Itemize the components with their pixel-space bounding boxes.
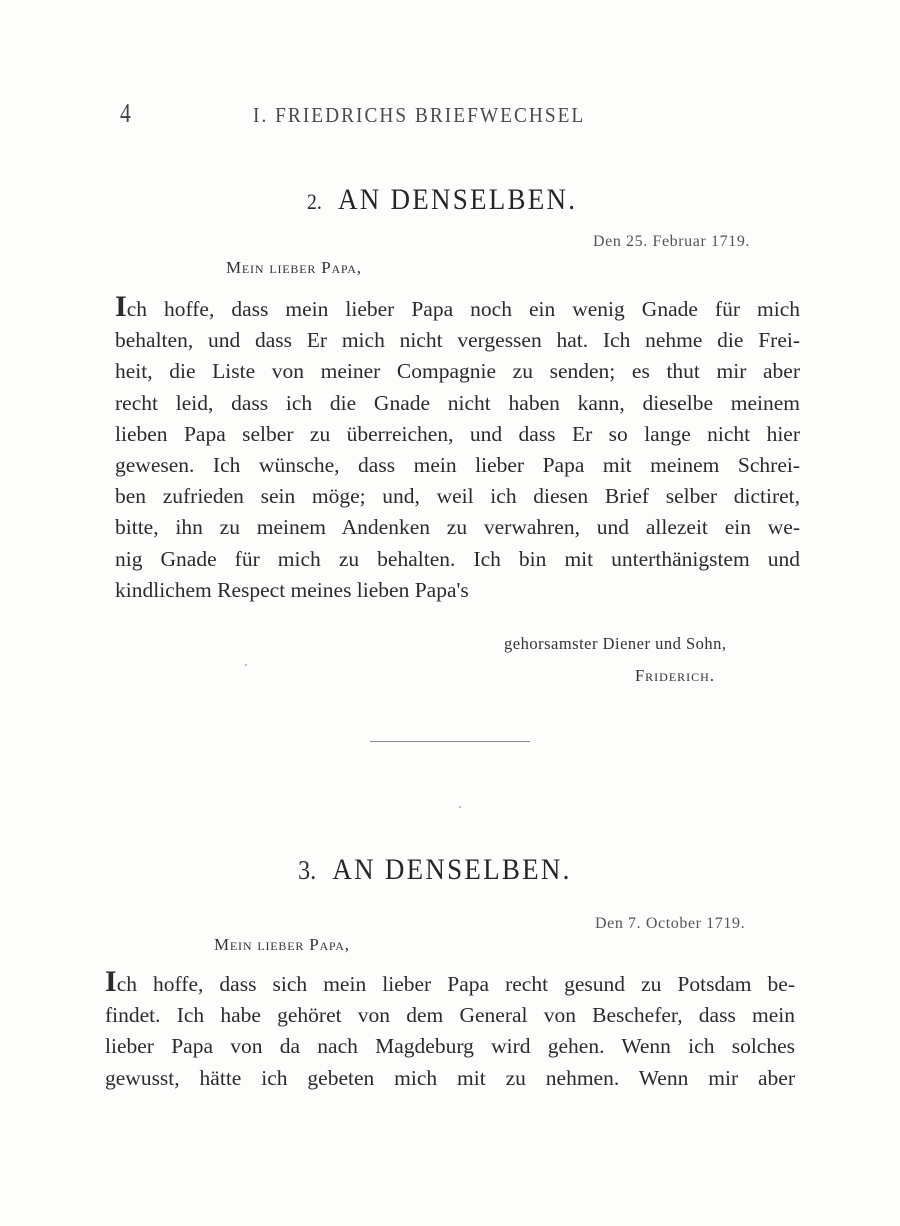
letter-number: 2. [307,189,322,214]
signature: Friderich. [635,666,715,686]
letter-title: AN DENSELBEN. [332,853,571,886]
letter-date: Den 7. October 1719. [595,915,745,933]
letter-2-heading: 2.AN DENSELBEN. [307,183,577,217]
letter-body: Ich hoffe, dass sich mein lieber Papa re… [105,969,795,1094]
body-line: behalten, und dass Er mich nicht vergess… [115,325,800,356]
body-line: gewesen. Ich wünsche, dass mein lieber P… [115,450,800,481]
letter-number: 3. [298,855,316,885]
drop-cap: I [115,290,127,323]
body-line: bitte, ihn zu meinem Andenken zu verwahr… [115,512,800,543]
body-line: nig Gnade für mich zu behalten. Ich bin … [115,544,800,575]
salutation: Mein lieber Papa, [226,258,362,278]
drop-cap: I [105,965,117,998]
letter-3-heading: 3.AN DENSELBEN. [298,853,572,887]
body-line: kindlichem Respect meines lieben Papa's [115,575,800,606]
print-speck [459,806,461,808]
letter-title: AN DENSELBEN. [338,183,577,216]
body-line: lieben Papa selber zu überreichen, und d… [115,419,800,450]
body-line: gewusst, hätte ich gebeten mich mit zu n… [105,1063,795,1094]
running-head: I. FRIEDRICHS BRIEFWECHSEL [253,103,585,128]
letter-date: Den 25. Februar 1719. [593,233,750,251]
closing-formula: gehorsamster Diener und Sohn, [504,634,727,654]
page-number: 4 [120,98,131,129]
letter-body: Ich hoffe, dass mein lieber Papa noch ei… [115,294,800,606]
body-line: Ich hoffe, dass sich mein lieber Papa re… [105,969,795,1000]
body-line: ben zufrieden sein möge; und, weil ich d… [115,481,800,512]
body-line: Ich hoffe, dass mein lieber Papa noch ei… [115,294,800,325]
print-speck [245,664,247,666]
section-divider [370,741,530,742]
body-line: heit, die Liste von meiner Compagnie zu … [115,356,800,387]
body-line: recht leid, dass ich die Gnade nicht hab… [115,388,800,419]
salutation: Mein lieber Papa, [214,935,350,955]
body-line: lieber Papa von da nach Magdeburg wird g… [105,1031,795,1062]
body-line: findet. Ich habe gehöret von dem General… [105,1000,795,1031]
